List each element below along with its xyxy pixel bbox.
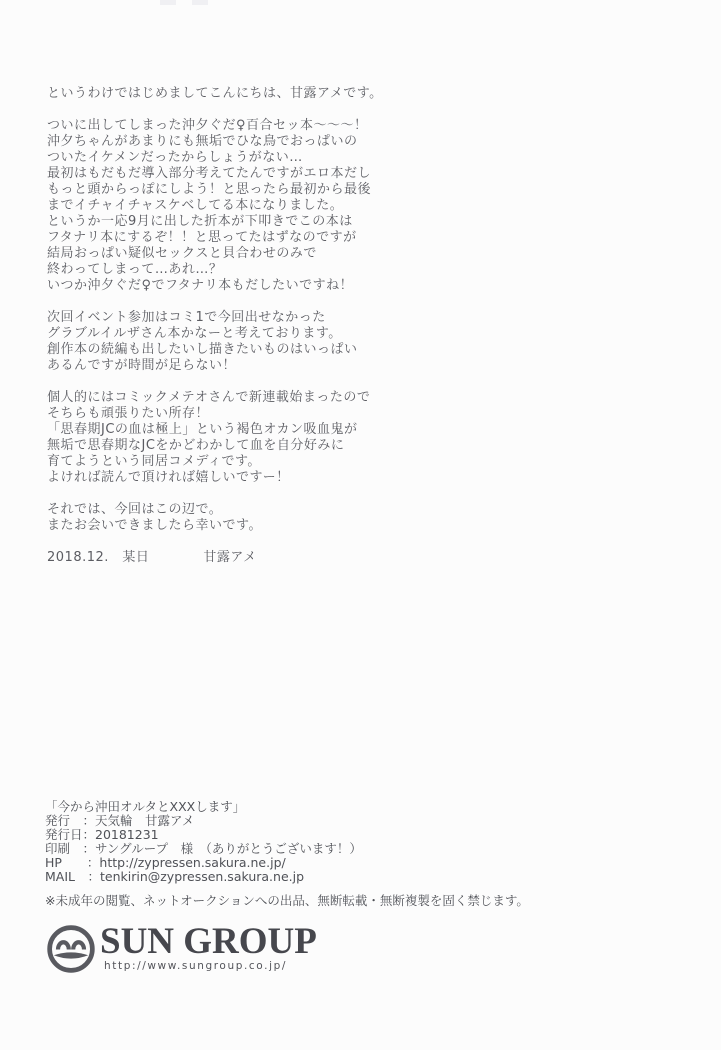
text-line: ついたイケメンだったからしょうがない…: [47, 150, 383, 166]
text-line: またお会いできましたら幸いです。: [47, 518, 383, 534]
colophon-block: 「今から沖田オルタとXXXします」発行 ：天気輪 甘露アメ発行日：2018123…: [45, 800, 362, 884]
text-line: もっと頭からっぽにしよう！と思ったら最初から最後: [47, 182, 383, 198]
text-line: よければ読んで頂ければ嬉しいですー！: [47, 470, 383, 486]
printer-name: SUN GROUP: [100, 920, 317, 963]
text-line: 発行日：20181231: [45, 828, 362, 842]
text-line: というか一応9月に出した折本が下叩きでこの本は: [47, 214, 383, 230]
text-line: 2018.12. 某日 甘露アメ: [47, 550, 383, 566]
text-line: 「今から沖田オルタとXXXします」: [45, 800, 362, 814]
printer-url: http://www.sungroup.co.jp/: [104, 960, 287, 972]
text-line: 発行 ：天気輪 甘露アメ: [45, 814, 362, 828]
sun-group-logo-icon: [46, 924, 96, 974]
text-line: グラブルイルザさん本かなーと考えております。: [47, 326, 383, 342]
text-line: 沖夕ちゃんがあまりにも無垢でひな鳥でおっぱいの: [47, 134, 383, 150]
text-line: [47, 374, 383, 390]
text-line: いつか沖夕ぐだ♀でフタナリ本もだしたいですね！: [47, 278, 383, 294]
text-line: それでは、今回はこの辺で。: [47, 502, 383, 518]
afterword-text: というわけではじめましてこんにちは、甘露アメです。ついに出してしまった沖夕ぐだ♀…: [47, 86, 383, 566]
copyright-warning: ※未成年の閲覧、ネットオークションへの出品、無断転載・無断複製を固く禁じます。: [45, 894, 529, 908]
text-line: あるんですが時間が足らない！: [47, 358, 383, 374]
text-line: 終わってしまって…あれ…？: [47, 262, 383, 278]
text-line: [47, 486, 383, 502]
text-line: 結局おっぱい疑似セックスと貝合わせのみで: [47, 246, 383, 262]
text-line: 次回イベント参加はコミ1で今回出せなかった: [47, 310, 383, 326]
text-line: MAIL ：tenkirin@zypressen.sakura.ne.jp: [45, 870, 362, 884]
text-line: [47, 294, 383, 310]
text-line: 無垢で思春期なJCをかどわかして血を自分好みに: [47, 438, 383, 454]
text-line: までイチャイチャスケベしてる本になりました。: [47, 198, 383, 214]
text-line: フタナリ本にするぞ！！と思ってたはずなのですが: [47, 230, 383, 246]
scanned-afterword-page: というわけではじめましてこんにちは、甘露アメです。ついに出してしまった沖夕ぐだ♀…: [0, 0, 721, 1050]
text-line: そちらも頑張りたい所存！: [47, 406, 383, 422]
text-line: というわけではじめましてこんにちは、甘露アメです。: [47, 86, 383, 102]
text-line: HP ：http://zypressen.sakura.ne.jp/: [45, 856, 362, 870]
text-line: 印刷 ：サングループ 様 （ありがとうございます！）: [45, 842, 362, 856]
text-line: [47, 102, 383, 118]
text-line: [47, 534, 383, 550]
text-line: ついに出してしまった沖夕ぐだ♀百合セッ本～～～！: [47, 118, 383, 134]
text-line: 個人的にはコミックメテオさんで新連載始まったので: [47, 390, 383, 406]
scan-artifact: [192, 0, 208, 5]
text-line: 創作本の続編も出したいし描きたいものはいっぱい: [47, 342, 383, 358]
scan-artifact: [160, 0, 176, 5]
text-line: 最初はもだもだ導入部分考えてたんですがエロ本だし: [47, 166, 383, 182]
printer-logo: SUN GROUP http://www.sungroup.co.jp/: [44, 922, 304, 986]
text-line: 「思春期JCの血は極上」という褐色オカン吸血鬼が: [47, 422, 383, 438]
text-line: 育てようという同居コメディです。: [47, 454, 383, 470]
